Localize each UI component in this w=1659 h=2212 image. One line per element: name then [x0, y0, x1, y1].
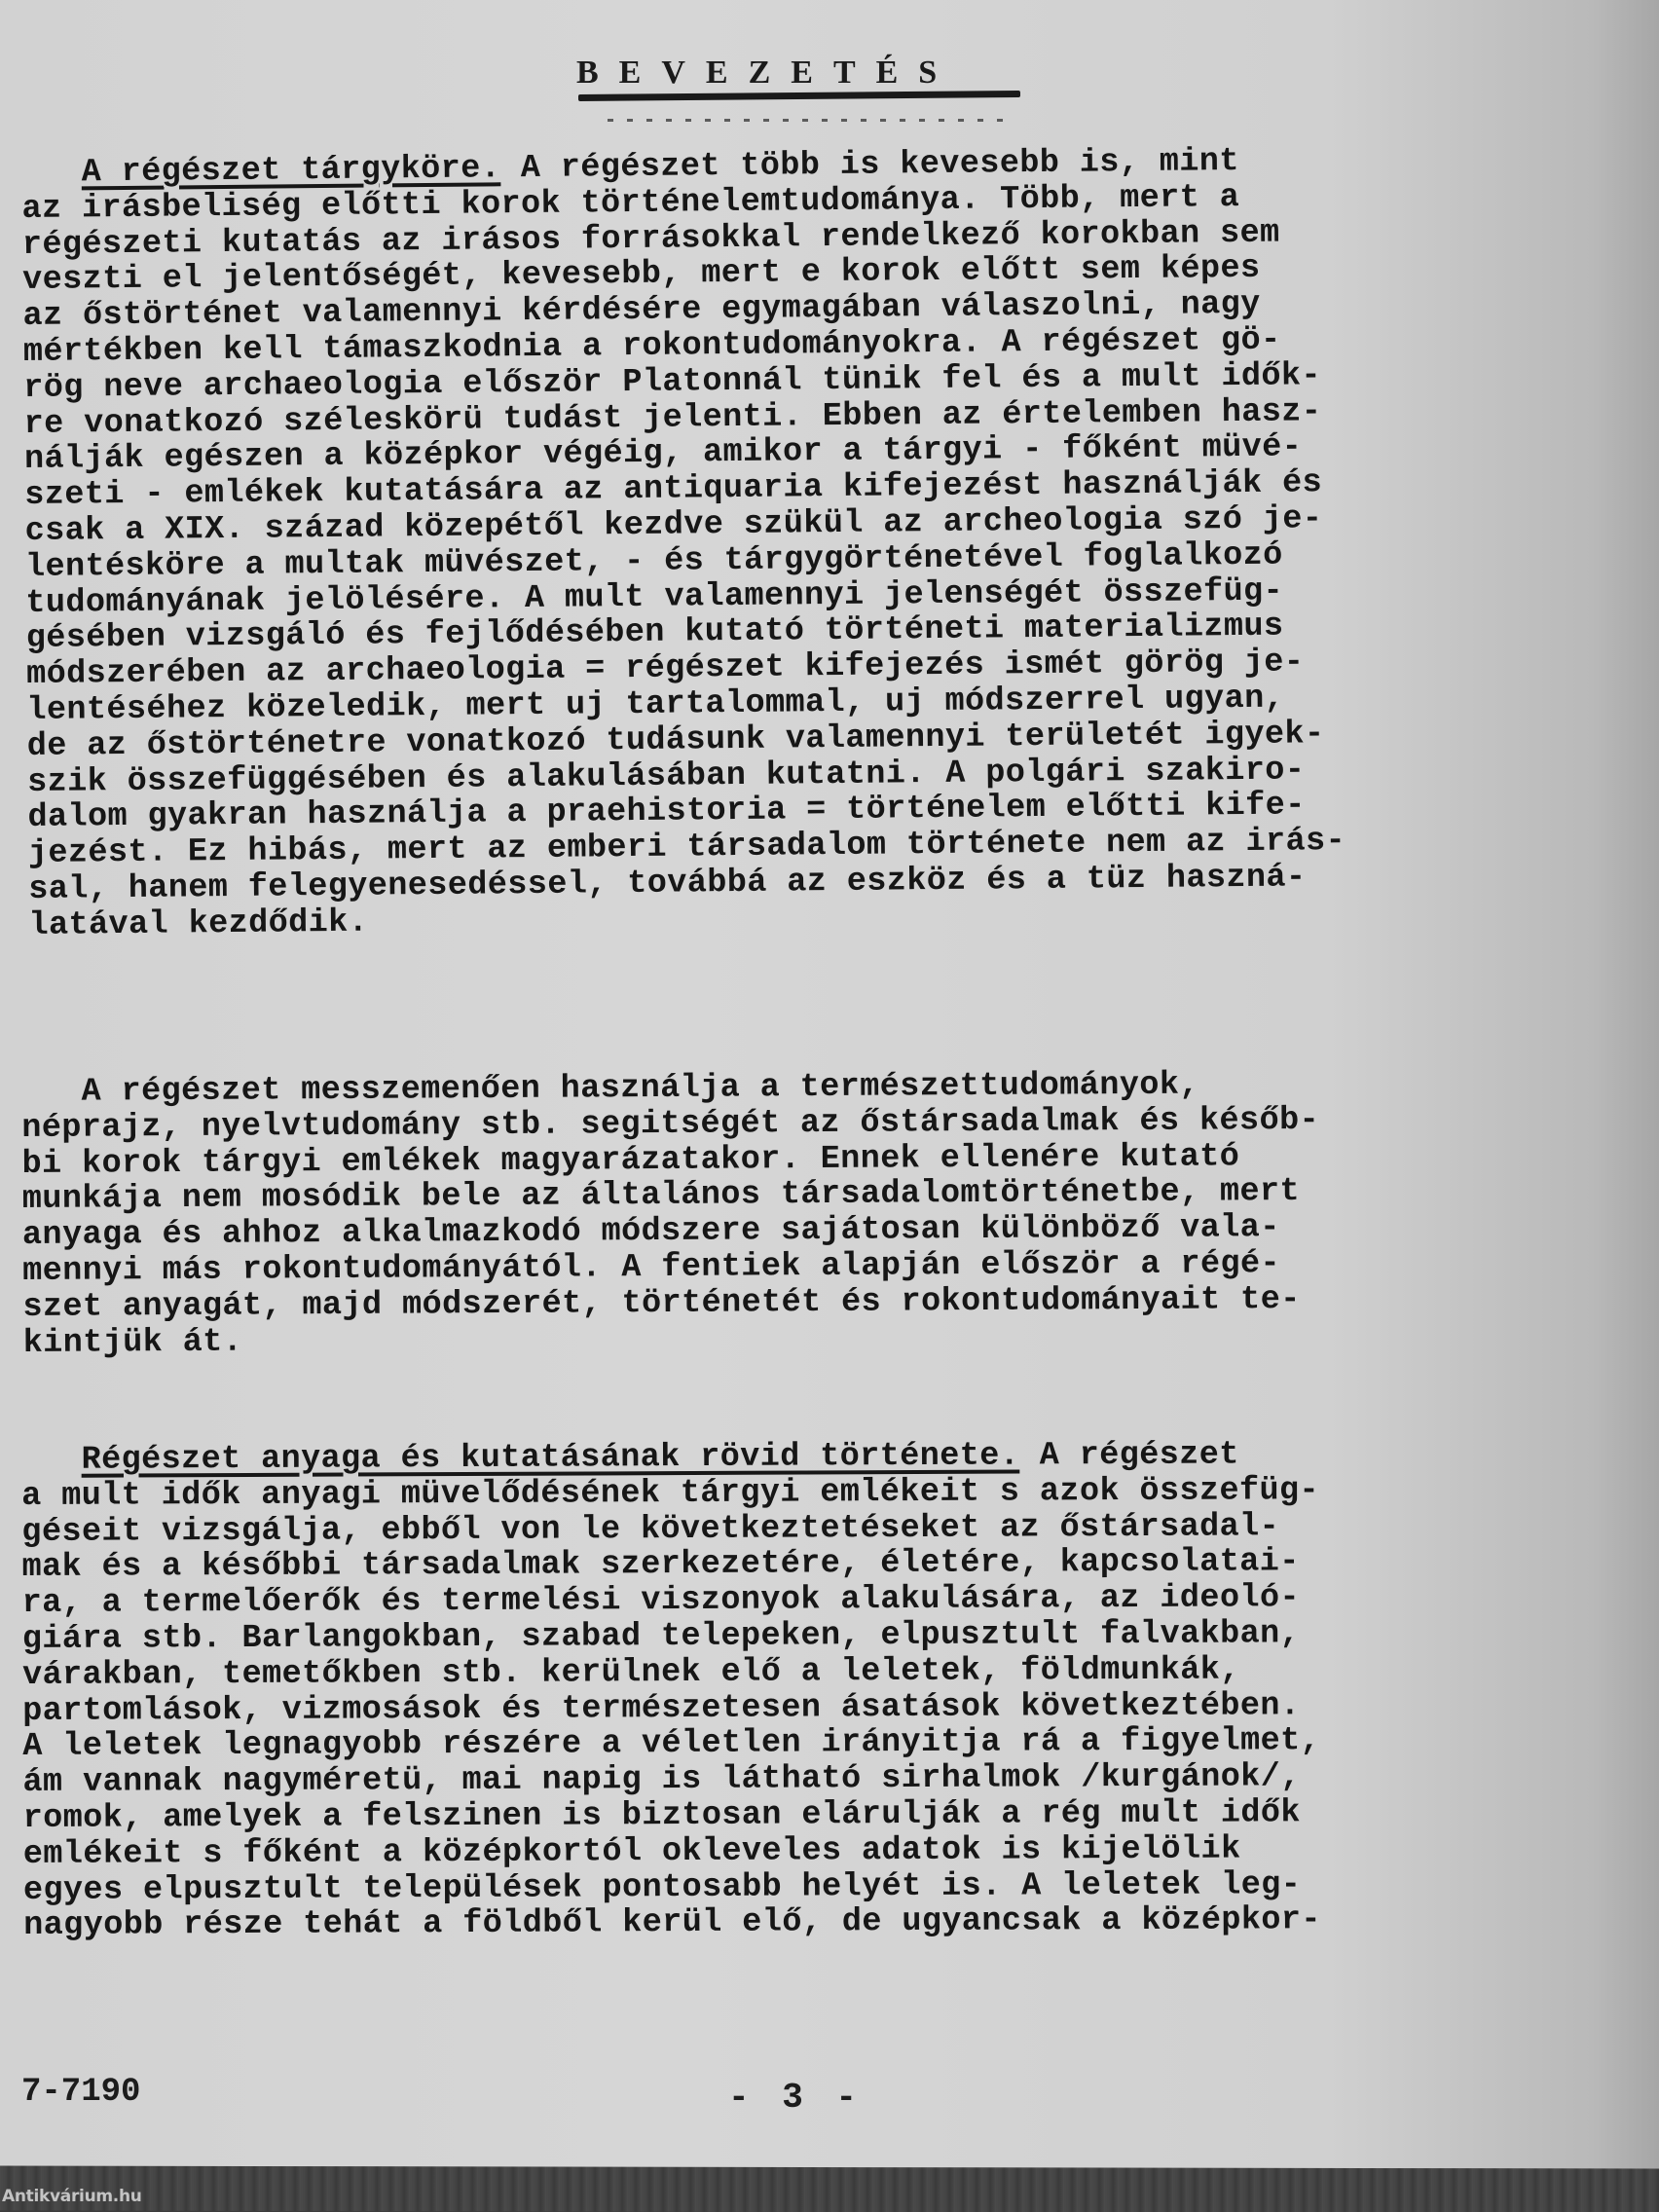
paragraph-related-sciences: A régészet messzemenően használja a term… — [21, 1065, 1640, 1362]
section-heading: A régészet tárgyköre. — [82, 150, 501, 191]
paragraph-subject-matter: A régészet tárgyköre. A régészet több is… — [21, 140, 1645, 943]
title-dotted-rule — [608, 119, 1011, 122]
page-title: BEVEZETÉS — [576, 55, 1024, 92]
document-page: BEVEZETÉS A régészet tárgyköre. A régész… — [0, 0, 1659, 2171]
paragraph-material-history: Régészet anyaga és kutatásának rövid tör… — [21, 1436, 1640, 1944]
watermark-logo: Antikvárium.hu — [2, 2187, 142, 2206]
section-heading: Régészet anyaga és kutatásának rövid tör… — [82, 1438, 1020, 1479]
scanner-background — [0, 2166, 1659, 2212]
document-code: 7-7190 — [21, 2074, 140, 2111]
text-line: nagyobb része tehát a földből kerül elő,… — [23, 1901, 1640, 1944]
page-number: - 3 - — [728, 2078, 863, 2118]
title-underline — [578, 91, 1020, 101]
